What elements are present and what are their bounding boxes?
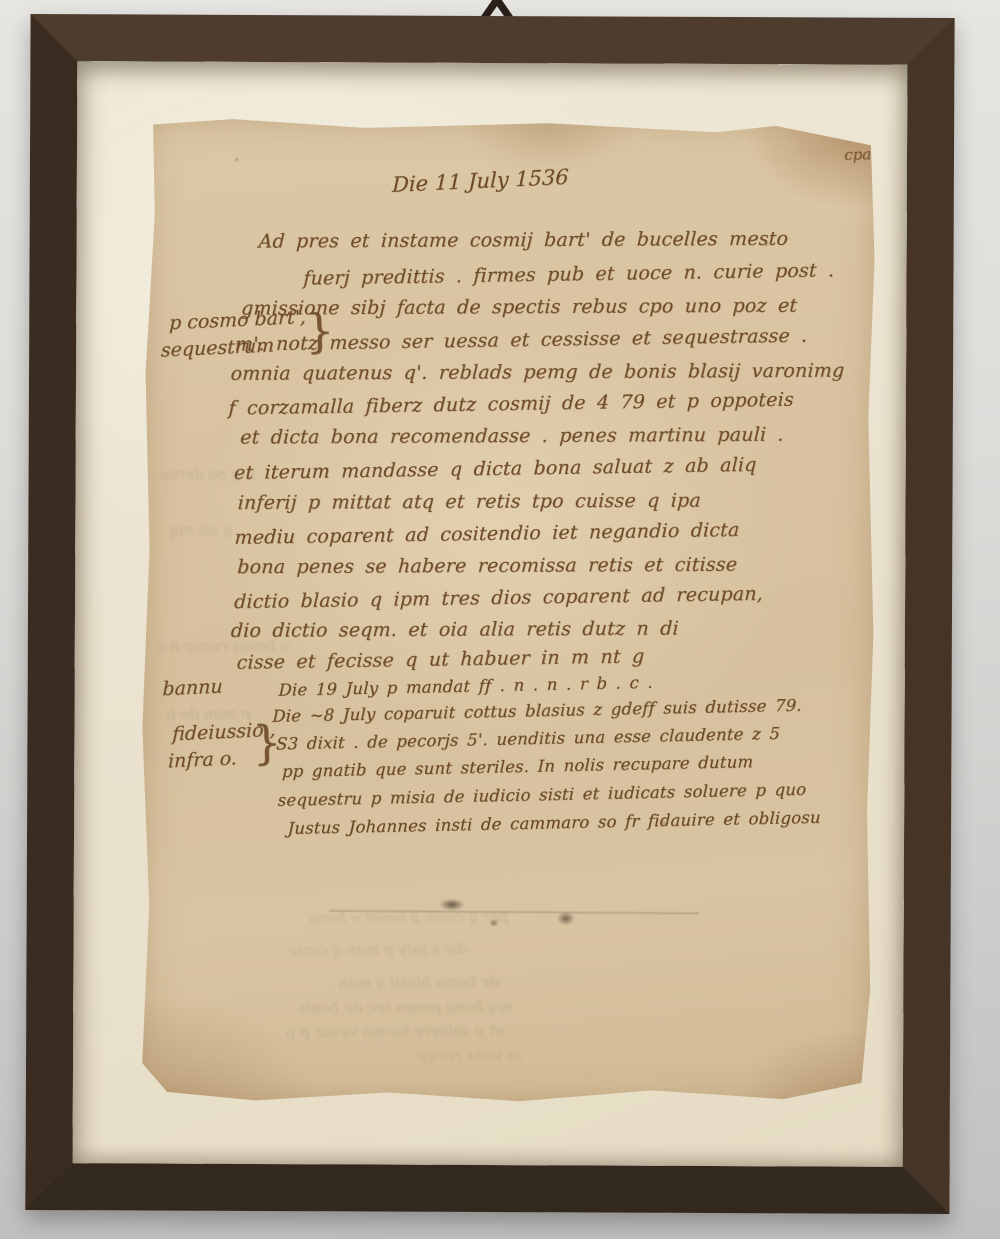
body-line: f corzamalla fiberz dutz cosmij de 4 79 …: [228, 389, 794, 420]
showthrough-line: die x july p man q curie: [289, 939, 468, 959]
body-line: et dicta bona recomendasse . penes marti…: [240, 424, 785, 449]
manuscript-paper: cpa Die 11 July 1536 Ad pres et instame …: [138, 117, 879, 1108]
date-line: Die 11 July 1536: [392, 165, 569, 197]
ink-smudge: [439, 899, 465, 911]
showthrough-line: et p soluere banno vexaz p p: [286, 1021, 504, 1041]
manuscript-text-layer: cpa Die 11 July 1536 Ad pres et instame …: [138, 117, 879, 1108]
margin-note-fideiussio-line2: infra o.: [168, 747, 237, 772]
body-line: bona penes se habere recomissa retis et …: [237, 554, 738, 579]
body-line: inferij p mittat atq et retis tpo cuisse…: [237, 490, 701, 514]
body-line: S3 dixit . de pecorjs 5'. uenditis una e…: [276, 724, 781, 754]
archivist-corner-mark: cpa: [844, 145, 871, 164]
margin-note-sequestrum-line1: p cosmo bart',: [169, 306, 306, 334]
showthrough-line: o bassa recup n c: [157, 636, 290, 655]
margin-brace: }: [304, 303, 335, 358]
ink-smudge: [489, 919, 499, 927]
showthrough-line: q ssi mq: [169, 521, 232, 540]
body-line: et iterum mandasse q dicta bona saluat z…: [234, 454, 757, 484]
body-line: dio dictio seqm. et oia alia retis dutz …: [230, 618, 679, 642]
body-line: Die ~8 July coparuit cottus blasius z gd…: [272, 696, 802, 726]
wall: cpa Die 11 July 1536 Ad pres et instame …: [0, 0, 1000, 1239]
body-line: pp gnatib que sunt steriles. In nolis re…: [282, 752, 754, 781]
body-line: mediu coparent ad cositendio iet negandi…: [234, 519, 740, 549]
body-line: dictio blasio q ipm tres dios coparent a…: [234, 583, 764, 613]
body-line: sequestru p misia de iudicio sisti et iu…: [277, 780, 806, 810]
showthrough-line: seq bona penes rec de bonis: [298, 997, 514, 1017]
margin-note-bannu: bannu: [162, 675, 223, 700]
ink-smudge: [557, 911, 575, 925]
showthrough-line: p q pa deroa: [160, 464, 256, 483]
mat-board: cpa Die 11 July 1536 Ad pres et instame …: [73, 61, 908, 1167]
body-line: Die 19 July p mandat ff . n . n . r b . …: [278, 673, 653, 700]
showthrough-line: in volts recup: [418, 1046, 522, 1065]
margin-brace: }: [251, 715, 282, 770]
margin-note-sequestrum-line2: sequestrum: [161, 334, 275, 361]
foxing-spot: [234, 157, 239, 162]
body-line: Ad pres et instame cosmij bart' de bucel…: [258, 228, 789, 253]
body-line: Justus Johannes insti de cammaro so fr f…: [287, 808, 821, 838]
foxing-spot: [764, 241, 770, 247]
picture-frame: cpa Die 11 July 1536 Ad pres et instame …: [25, 14, 954, 1214]
foxing-spot: [660, 820, 668, 826]
body-line: fuerj predittis . firmes pub et uoce n. …: [303, 259, 835, 289]
showthrough-line: p man de b: [166, 705, 251, 724]
showthrough-line: de bonis blasij q man: [338, 973, 499, 993]
body-line: cisse et fecisse q ut habuer in m nt g: [236, 645, 644, 673]
body-line: omnia quatenus q'. reblads pemg de bonis…: [230, 360, 845, 385]
